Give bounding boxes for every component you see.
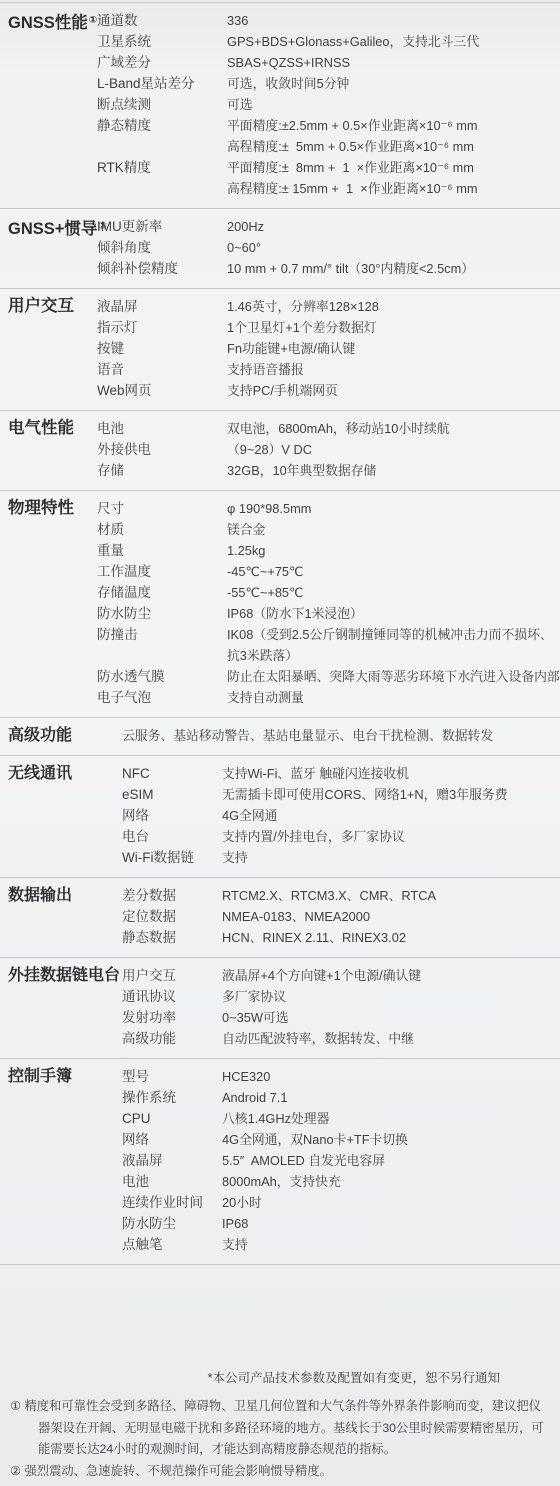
section-rows: 用户交互 液晶屏+4个方向键+1个电源/确认键 通讯协议 多厂家协议 发射功率 … (122, 965, 560, 1049)
spec-label: 倾斜补偿精度 (97, 258, 227, 279)
section-title-text: GNSS性能 (8, 14, 88, 32)
spec-row: 静态数据 HCN、RINEX 2.11、RINEX3.02 (122, 927, 560, 948)
section-title: 数据输出 (8, 885, 122, 906)
spec-values: 液晶屏+4个方向键+1个电源/确认键 (222, 965, 560, 986)
spec-label: 静态数据 (122, 927, 222, 948)
section-title-text: 控制手簿 (8, 1068, 72, 1085)
spec-values: 8000mAh，支持快充 (222, 1171, 560, 1192)
spec-label: 通讯协议 (122, 986, 222, 1007)
spec-row: 液晶屏 1.46英寸，分辨率128×128 (97, 296, 560, 317)
spec-values: 支持语音播报 (227, 359, 560, 380)
spec-row: 断点续测 可选 (97, 94, 560, 115)
spec-values: 自动匹配波特率，数据转发、中继 (222, 1028, 560, 1049)
spec-value-line: 4G全网通，双Nano卡+TF卡切换 (222, 1129, 560, 1150)
spec-row: 发射功率 0~35W可选 (122, 1007, 560, 1028)
spec-values: 可选 (227, 94, 560, 115)
spec-value-line: 支持内置/外挂电台，多厂家协议 (222, 826, 560, 847)
spec-value-line: 1.46英寸，分辨率128×128 (227, 296, 560, 317)
spec-value-line: NMEA-0183、NMEA2000 (222, 906, 560, 927)
spec-label: 电台 (122, 826, 222, 847)
spec-values: 防止在太阳暴晒、突降大雨等恶劣环境下水汽进入设备内部 (227, 666, 560, 687)
spec-label: 高级功能 (122, 1028, 222, 1049)
spec-value-line: 高程精度:± 15mm + 1 ×作业距离×10⁻⁶ mm (227, 178, 560, 199)
spec-section: GNSS性能① 通道数 336 卫星系统 GPS+BDS+Glonass+Gal… (0, 3, 560, 209)
spec-value-line: 可选 (227, 94, 560, 115)
spec-values: 1.46英寸，分辨率128×128 (227, 296, 560, 317)
spec-label: 差分数据 (122, 885, 222, 906)
spec-label: 断点续测 (97, 94, 227, 115)
spec-value-line: 8000mAh，支持快充 (222, 1171, 560, 1192)
spec-values: HCN、RINEX 2.11、RINEX3.02 (222, 927, 560, 948)
spec-label: 网络 (122, 1129, 222, 1150)
section-title: 控制手簿 (8, 1066, 122, 1087)
spec-label: 材质 (97, 519, 227, 540)
spec-row: 指示灯 1个卫星灯+1个差分数据灯 (97, 317, 560, 338)
spec-value-line: 支持Wi-Fi、蓝牙 触碰闪连接收机 (222, 763, 560, 784)
section-title: GNSS性能① (8, 10, 97, 34)
spec-label: 用户交互 (122, 965, 222, 986)
spec-label: eSIM (122, 784, 222, 805)
spec-section: 数据输出 差分数据 RTCM2.X、RTCM3.X、CMR、RTCA 定位数据 … (0, 878, 560, 958)
spec-row: 连续作业时间 20小时 (122, 1192, 560, 1213)
spec-row: 卫星系统 GPS+BDS+Glonass+Galileo，支持北斗三代 (97, 31, 560, 52)
section-rows: 通道数 336 卫星系统 GPS+BDS+Glonass+Galileo，支持北… (97, 10, 560, 199)
spec-values: IK08（受到2.5公斤钢制撞锤同等的机械冲击力而不损坏、抗3米跌落） (227, 624, 560, 666)
spec-values: 支持 (222, 847, 560, 868)
spec-label: 语音 (97, 359, 227, 380)
spec-values: GPS+BDS+Glonass+Galileo，支持北斗三代 (227, 31, 560, 52)
spec-row: 语音 支持语音播报 (97, 359, 560, 380)
spec-value-line: 支持自动测量 (227, 687, 560, 708)
spec-row: 型号 HCE320 (122, 1066, 560, 1087)
section-title-text: GNSS+惯导 (8, 220, 97, 238)
spec-label: 外接供电 (97, 439, 227, 460)
spec-section: 控制手簿 型号 HCE320 操作系统 Android 7.1 CPU 八核1.… (0, 1059, 560, 1265)
spec-values: 平面精度:± 8mm + 1 ×作业距离×10⁻⁶ mm高程精度:± 15mm … (227, 157, 560, 199)
spec-value-line: 0~35W可选 (222, 1007, 560, 1028)
spec-label: 液晶屏 (97, 296, 227, 317)
spec-label: 通道数 (97, 10, 227, 31)
section-title: GNSS+惯导② (8, 216, 97, 240)
spec-value-line: HCE320 (222, 1066, 560, 1087)
spec-row: 电池 双电池，6800mAh，移动站10小时续航 (97, 418, 560, 439)
spec-value-line: 0~60° (227, 237, 560, 258)
section-rows: 液晶屏 1.46英寸，分辨率128×128 指示灯 1个卫星灯+1个差分数据灯 … (97, 296, 560, 401)
section-title: 物理特性 (8, 498, 97, 519)
spec-row: 重量 1.25kg (97, 540, 560, 561)
spec-values: -45℃~+75℃ (227, 561, 560, 582)
footnote-text: 强烈震动、急速旋转、不规范操作可能会影响惯导精度。 (24, 1464, 331, 1478)
spec-values: 5.5″ AMOLED 自发光电容屏 (222, 1150, 560, 1171)
spec-values: 0~35W可选 (222, 1007, 560, 1028)
section-title-text: 用户交互 (8, 297, 74, 315)
spec-value-line: 无需插卡即可使用CORS、网络1+N，赠3年服务费 (222, 784, 560, 805)
spec-label: 电子气泡 (97, 687, 227, 708)
spec-row: 尺寸 φ 190*98.5mm (97, 498, 560, 519)
spec-row: NFC 支持Wi-Fi、蓝牙 触碰闪连接收机 (122, 763, 560, 784)
spec-row: 材质 镁合金 (97, 519, 560, 540)
spec-row: Wi-Fi数据链 支持 (122, 847, 560, 868)
spec-row: 电子气泡 支持自动测量 (97, 687, 560, 708)
footnote: ① 精度和可靠性会受到多路径、障碍物、卫星几何位置和大气条件等外界条件影响而变，… (10, 1396, 548, 1461)
spec-values: Fn功能键+电源/确认键 (227, 338, 560, 359)
section-rows: 云服务、基站移动警告、基站电量显示、电台干扰检测、数据转发 (122, 725, 560, 746)
spec-row: 点触笔 支持 (122, 1234, 560, 1255)
spec-label: 防水防尘 (97, 603, 227, 624)
spec-section: 电气性能 电池 双电池，6800mAh，移动站10小时续航 外接供电 （9~28… (0, 411, 560, 491)
spec-values: 20小时 (222, 1192, 560, 1213)
spec-label: 按键 (97, 338, 227, 359)
spec-value-line: 液晶屏+4个方向键+1个电源/确认键 (222, 965, 560, 986)
spec-row: 广域差分 SBAS+QZSS+IRNSS (97, 52, 560, 73)
spec-label: L-Band星站差分 (97, 73, 227, 94)
spec-value-line: 4G全网通 (222, 805, 560, 826)
spec-section: 外挂数据链电台 用户交互 液晶屏+4个方向键+1个电源/确认键 通讯协议 多厂家… (0, 958, 560, 1059)
section-rows: 型号 HCE320 操作系统 Android 7.1 CPU 八核1.4GHz处… (122, 1066, 560, 1255)
spec-value-line: SBAS+QZSS+IRNSS (227, 52, 560, 73)
spec-label: 液晶屏 (122, 1150, 222, 1171)
spec-values: 1个卫星灯+1个差分数据灯 (227, 317, 560, 338)
spec-value-line: RTCM2.X、RTCM3.X、CMR、RTCA (222, 885, 560, 906)
spec-label: Web网页 (97, 380, 227, 401)
spec-row: 通讯协议 多厂家协议 (122, 986, 560, 1007)
spec-values: 336 (227, 10, 560, 31)
spec-row: 用户交互 液晶屏+4个方向键+1个电源/确认键 (122, 965, 560, 986)
section-rows: 差分数据 RTCM2.X、RTCM3.X、CMR、RTCA 定位数据 NMEA-… (122, 885, 560, 948)
spec-value-line: IK08（受到2.5公斤钢制撞锤同等的机械冲击力而不损坏、 (227, 624, 560, 645)
footnotes: ① 精度和可靠性会受到多路径、障碍物、卫星几何位置和大气条件等外界条件影响而变，… (0, 1396, 560, 1482)
spec-value-line: 多厂家协议 (222, 986, 560, 1007)
spec-row: 工作温度 -45℃~+75℃ (97, 561, 560, 582)
spec-values: 双电池，6800mAh，移动站10小时续航 (227, 418, 560, 439)
spec-label: 存储温度 (97, 582, 227, 603)
spec-section: 无线通讯 NFC 支持Wi-Fi、蓝牙 触碰闪连接收机 eSIM 无需插卡即可使… (0, 756, 560, 878)
spec-value-line: -45℃~+75℃ (227, 561, 560, 582)
spec-value-line: 抗3米跌落） (227, 645, 560, 666)
spec-value-line: 双电池，6800mAh，移动站10小时续航 (227, 418, 560, 439)
spec-values: 支持内置/外挂电台，多厂家协议 (222, 826, 560, 847)
spec-section: 物理特性 尺寸 φ 190*98.5mm 材质 镁合金 重量 1.25kg 工作… (0, 491, 560, 718)
spec-value-line: 32GB，10年典型数据存储 (227, 460, 560, 481)
spec-label: 点触笔 (122, 1234, 222, 1255)
spec-row: 防撞击 IK08（受到2.5公斤钢制撞锤同等的机械冲击力而不损坏、抗3米跌落） (97, 624, 560, 666)
spec-value-line: 自动匹配波特率，数据转发、中继 (222, 1028, 560, 1049)
spec-row: 网络 4G全网通，双Nano卡+TF卡切换 (122, 1129, 560, 1150)
spec-values: 4G全网通 (222, 805, 560, 826)
spec-values: （9~28）V DC (227, 439, 560, 460)
spec-row: 电池 8000mAh，支持快充 (122, 1171, 560, 1192)
spec-label: 操作系统 (122, 1087, 222, 1108)
spec-values: 10 mm + 0.7 mm/° tilt（30°内精度<2.5cm） (227, 258, 560, 279)
spec-label: 存储 (97, 460, 227, 481)
spec-label: 工作温度 (97, 561, 227, 582)
section-title: 电气性能 (8, 418, 97, 439)
spec-values: 32GB，10年典型数据存储 (227, 460, 560, 481)
section-rows: IMU更新率 200Hz 倾斜角度 0~60° 倾斜补偿精度 10 mm + 0… (97, 216, 560, 279)
section-title-text: 数据输出 (8, 887, 72, 904)
disclaimer-note: *本公司产品技术参数及配置如有变更，恕不另行通知 (0, 1369, 560, 1387)
section-title-text: 无线通讯 (8, 765, 72, 782)
spec-section: 高级功能 云服务、基站移动警告、基站电量显示、电台干扰检测、数据转发 (0, 718, 560, 756)
spec-values: 镁合金 (227, 519, 560, 540)
spec-sheet-page: GNSS性能① 通道数 336 卫星系统 GPS+BDS+Glonass+Gal… (0, 0, 560, 1486)
spec-row: 网络 4G全网通 (122, 805, 560, 826)
footnote-marker: ① (10, 1399, 24, 1413)
spec-label: 发射功率 (122, 1007, 222, 1028)
spec-values: 支持PC/手机端网页 (227, 380, 560, 401)
spec-values: SBAS+QZSS+IRNSS (227, 52, 560, 73)
spec-value-line: 10 mm + 0.7 mm/° tilt（30°内精度<2.5cm） (227, 258, 560, 279)
spec-label: CPU (122, 1108, 222, 1129)
section-title-text: 高级功能 (8, 727, 72, 744)
spec-values: 1.25kg (227, 540, 560, 561)
spec-value-line: 防止在太阳暴晒、突降大雨等恶劣环境下水汽进入设备内部 (227, 666, 560, 687)
spec-value-line: Fn功能键+电源/确认键 (227, 338, 560, 359)
spec-value-line: 1.25kg (227, 540, 560, 561)
spec-value-line: IP68（防水下1米浸泡） (227, 603, 560, 624)
spec-row: 高级功能 自动匹配波特率，数据转发、中继 (122, 1028, 560, 1049)
spec-label: 防撞击 (97, 624, 227, 645)
spec-label: 防水防尘 (122, 1213, 222, 1234)
spec-value-line: HCN、RINEX 2.11、RINEX3.02 (222, 927, 560, 948)
spec-row: 防水透气膜 防止在太阳暴晒、突降大雨等恶劣环境下水汽进入设备内部 (97, 666, 560, 687)
section-title-text: 外挂数据链电台 (8, 967, 120, 984)
spec-row: eSIM 无需插卡即可使用CORS、网络1+N，赠3年服务费 (122, 784, 560, 805)
spec-row: 静态精度 平面精度:±2.5mm + 0.5×作业距离×10⁻⁶ mm高程精度:… (97, 115, 560, 157)
spec-label: 定位数据 (122, 906, 222, 927)
spec-row: 云服务、基站移动警告、基站电量显示、电台干扰检测、数据转发 (122, 725, 560, 746)
spec-value-line: 200Hz (227, 216, 560, 237)
spec-row: 外接供电 （9~28）V DC (97, 439, 560, 460)
spec-value-line: 平面精度:± 8mm + 1 ×作业距离×10⁻⁶ mm (227, 157, 560, 178)
spec-row: Web网页 支持PC/手机端网页 (97, 380, 560, 401)
spec-row: 存储 32GB，10年典型数据存储 (97, 460, 560, 481)
spec-values: 4G全网通，双Nano卡+TF卡切换 (222, 1129, 560, 1150)
spec-label: 连续作业时间 (122, 1192, 222, 1213)
spec-values: φ 190*98.5mm (227, 498, 560, 519)
spec-table: GNSS性能① 通道数 336 卫星系统 GPS+BDS+Glonass+Gal… (0, 2, 560, 1265)
spec-values: RTCM2.X、RTCM3.X、CMR、RTCA (222, 885, 560, 906)
spec-value-line: 支持语音播报 (227, 359, 560, 380)
spec-values: 支持自动测量 (227, 687, 560, 708)
spec-value-line: （9~28）V DC (227, 439, 560, 460)
spec-row: 液晶屏 5.5″ AMOLED 自发光电容屏 (122, 1150, 560, 1171)
spec-row: RTK精度 平面精度:± 8mm + 1 ×作业距离×10⁻⁶ mm高程精度:±… (97, 157, 560, 199)
spec-values: -55℃~+85℃ (227, 582, 560, 603)
spec-label: 尺寸 (97, 498, 227, 519)
spec-label: IMU更新率 (97, 216, 227, 237)
spec-row: 存储温度 -55℃~+85℃ (97, 582, 560, 603)
footnote-text: 精度和可靠性会受到多路径、障碍物、卫星几何位置和大气条件等外界条件影响而变，建议… (24, 1399, 543, 1456)
spec-label: 倾斜角度 (97, 237, 227, 258)
spec-label: Wi-Fi数据链 (122, 847, 222, 868)
section-rows: NFC 支持Wi-Fi、蓝牙 触碰闪连接收机 eSIM 无需插卡即可使用CORS… (122, 763, 560, 868)
spec-row: 差分数据 RTCM2.X、RTCM3.X、CMR、RTCA (122, 885, 560, 906)
spec-value-line: 1个卫星灯+1个差分数据灯 (227, 317, 560, 338)
spec-row: 操作系统 Android 7.1 (122, 1087, 560, 1108)
spec-value-line: 336 (227, 10, 560, 31)
spec-values: 八核1.4GHz处理器 (222, 1108, 560, 1129)
spec-section: GNSS+惯导② IMU更新率 200Hz 倾斜角度 0~60° 倾斜补偿精度 … (0, 209, 560, 289)
spec-values: HCE320 (222, 1066, 560, 1087)
footnote-marker: ② (10, 1464, 24, 1478)
spec-row: CPU 八核1.4GHz处理器 (122, 1108, 560, 1129)
spec-value-line: 八核1.4GHz处理器 (222, 1108, 560, 1129)
section-rows: 尺寸 φ 190*98.5mm 材质 镁合金 重量 1.25kg 工作温度 -4… (97, 498, 560, 708)
spec-label: 电池 (97, 418, 227, 439)
spec-values: IP68 (222, 1213, 560, 1234)
spec-label: RTK精度 (97, 157, 227, 178)
section-title: 无线通讯 (8, 763, 122, 784)
section-rows: 电池 双电池，6800mAh，移动站10小时续航 外接供电 （9~28）V DC… (97, 418, 560, 481)
spec-row: L-Band星站差分 可选，收敛时间5分钟 (97, 73, 560, 94)
spec-section: 用户交互 液晶屏 1.46英寸，分辨率128×128 指示灯 1个卫星灯+1个差… (0, 289, 560, 411)
spec-label: 广域差分 (97, 52, 227, 73)
spec-values: Android 7.1 (222, 1087, 560, 1108)
spec-value-line: 可选，收敛时间5分钟 (227, 73, 560, 94)
spec-label: 重量 (97, 540, 227, 561)
spec-label: 卫星系统 (97, 31, 227, 52)
spec-row: 倾斜补偿精度 10 mm + 0.7 mm/° tilt（30°内精度<2.5c… (97, 258, 560, 279)
spec-values: 支持Wi-Fi、蓝牙 触碰闪连接收机 (222, 763, 560, 784)
spec-values: 支持 (222, 1234, 560, 1255)
spec-label: 指示灯 (97, 317, 227, 338)
spec-value-line: 20小时 (222, 1192, 560, 1213)
spec-values: 云服务、基站移动警告、基站电量显示、电台干扰检测、数据转发 (122, 725, 560, 746)
spec-value-line: -55℃~+85℃ (227, 582, 560, 603)
spec-value-line: 镁合金 (227, 519, 560, 540)
spec-value-line: Android 7.1 (222, 1087, 560, 1108)
spec-row: 电台 支持内置/外挂电台，多厂家协议 (122, 826, 560, 847)
spec-value-line: 支持 (222, 847, 560, 868)
spec-label: 静态精度 (97, 115, 227, 136)
spec-row: 通道数 336 (97, 10, 560, 31)
spec-value-line: 高程精度:± 5mm + 0.5×作业距离×10⁻⁶ mm (227, 136, 560, 157)
spec-value-line: 平面精度:±2.5mm + 0.5×作业距离×10⁻⁶ mm (227, 115, 560, 136)
spec-value-line: 支持 (222, 1234, 560, 1255)
spec-row: 倾斜角度 0~60° (97, 237, 560, 258)
spec-values: 多厂家协议 (222, 986, 560, 1007)
spec-label: 电池 (122, 1171, 222, 1192)
footnote: ② 强烈震动、急速旋转、不规范操作可能会影响惯导精度。 (10, 1461, 548, 1483)
spec-row: IMU更新率 200Hz (97, 216, 560, 237)
spec-row: 定位数据 NMEA-0183、NMEA2000 (122, 906, 560, 927)
spec-values: IP68（防水下1米浸泡） (227, 603, 560, 624)
footnote-ref: ① (89, 15, 97, 26)
spec-value-line: 云服务、基站移动警告、基站电量显示、电台干扰检测、数据转发 (122, 725, 560, 746)
spec-value-line: IP68 (222, 1213, 560, 1234)
spec-value-line: φ 190*98.5mm (227, 498, 560, 519)
spec-values: 0~60° (227, 237, 560, 258)
spec-values: NMEA-0183、NMEA2000 (222, 906, 560, 927)
spec-row: 防水防尘 IP68 (122, 1213, 560, 1234)
spec-row: 防水防尘 IP68（防水下1米浸泡） (97, 603, 560, 624)
spec-value-line: 5.5″ AMOLED 自发光电容屏 (222, 1150, 560, 1171)
spec-label: 网络 (122, 805, 222, 826)
section-title: 外挂数据链电台 (8, 965, 122, 986)
spec-label: 防水透气膜 (97, 666, 227, 687)
section-title-text: 物理特性 (8, 499, 74, 517)
section-title-text: 电气性能 (8, 419, 74, 437)
spec-values: 可选，收敛时间5分钟 (227, 73, 560, 94)
spec-label: 型号 (122, 1066, 222, 1087)
spec-value-line: GPS+BDS+Glonass+Galileo，支持北斗三代 (227, 31, 560, 52)
spec-values: 无需插卡即可使用CORS、网络1+N，赠3年服务费 (222, 784, 560, 805)
spec-row: 按键 Fn功能键+电源/确认键 (97, 338, 560, 359)
spec-label: NFC (122, 763, 222, 784)
spec-value-line: 支持PC/手机端网页 (227, 380, 560, 401)
spec-values: 平面精度:±2.5mm + 0.5×作业距离×10⁻⁶ mm高程精度:± 5mm… (227, 115, 560, 157)
section-title: 用户交互 (8, 296, 97, 317)
spec-values: 200Hz (227, 216, 560, 237)
section-title: 高级功能 (8, 725, 122, 746)
